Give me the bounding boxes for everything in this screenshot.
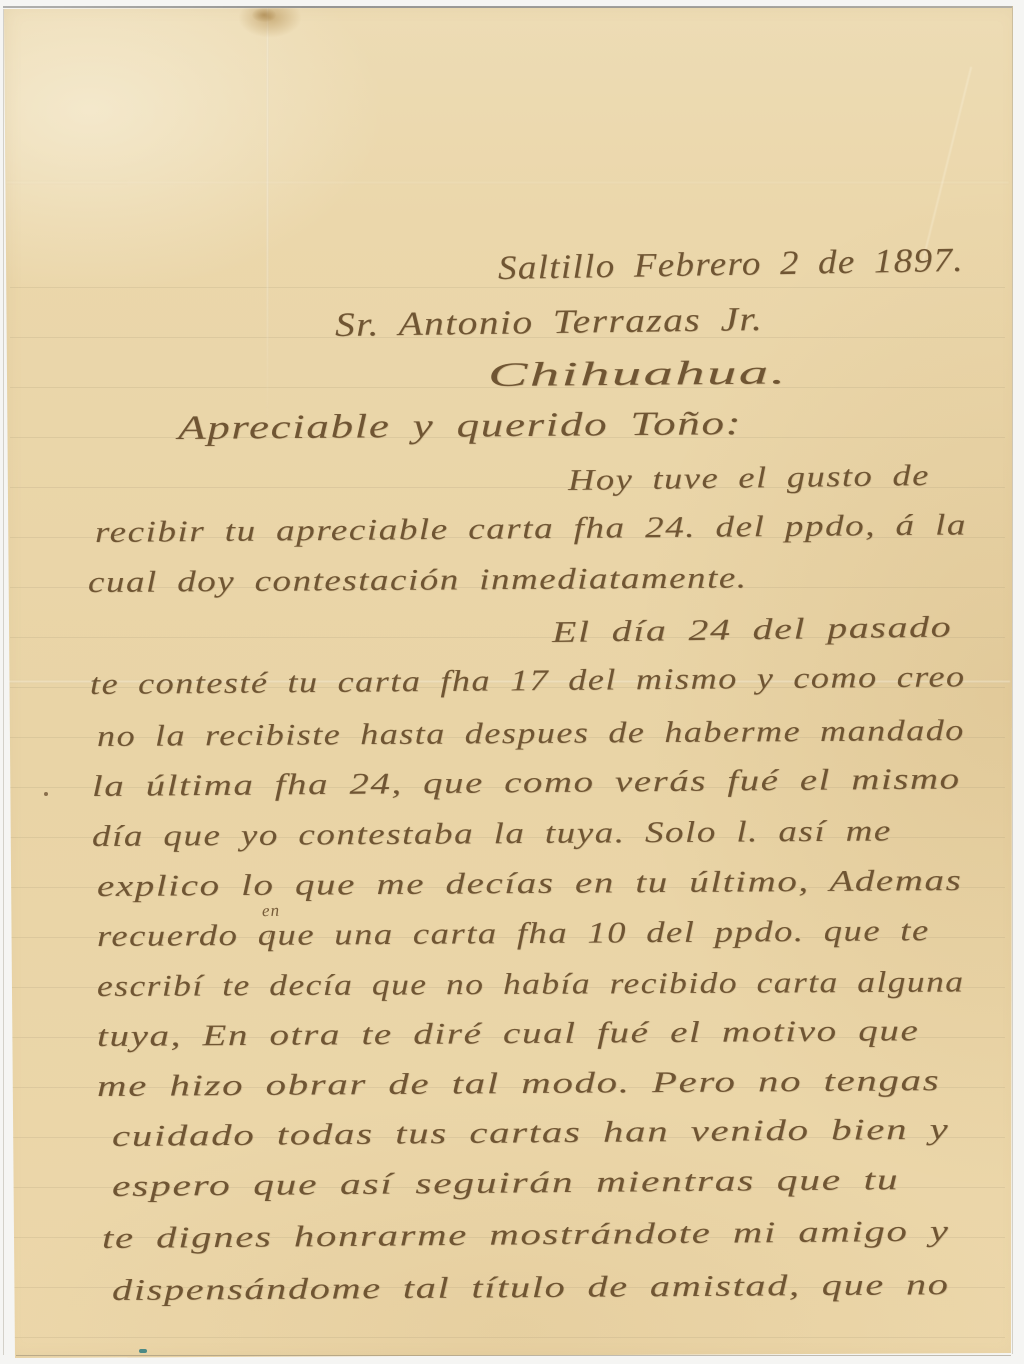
letter-recipient-line: Sr. Antonio Terrazas Jr. [335,301,764,345]
letter-body-line-12: tuya, En otra te diré cual fué el motivo… [97,1014,920,1054]
letter-body-line-10: recuerdo que una carta fha 10 del ppdo. … [97,914,930,954]
letter-body-line-14: cuidado todas tus cartas han venido bien… [112,1113,950,1154]
scan-background: Saltillo Febrero 2 de 1897.Sr. Antonio T… [0,0,1024,1364]
letter-dateline: Saltillo Febrero 2 de 1897. [498,242,965,288]
insertion-caret-mark: ^ [268,928,275,947]
paper-left-edge [3,9,4,1355]
letter-body-line-1: Hoy tuve el gusto de [568,459,930,498]
letter-body-line-16: te dignes honrarme mostrándote mi amigo … [102,1215,950,1256]
letter-body-line-5: te contesté tu carta fha 17 del mismo y … [90,660,966,702]
letter-body-line-13: me hizo obrar de tal modo. Pero no tenga… [97,1064,940,1104]
paper-top-edge [3,6,1012,8]
paper-right-edge [1012,6,1013,1354]
letter-body-line-6: no la recibiste hasta despues de haberme… [97,714,965,754]
paper-bottom-edge [16,1355,1011,1356]
letter-body-line-7: la última fha 24, que como verás fué el … [92,762,961,804]
letter-paper: Saltillo Febrero 2 de 1897.Sr. Antonio T… [0,0,1024,1364]
letter-body-line-9: explico lo que me decías en tu último, A… [97,864,963,904]
letter-body-line-15: espero que así seguirán mientras que tu [112,1163,900,1204]
letter-body-line-2: recibir tu apreciable carta fha 24. del … [95,508,967,550]
letter-body-line-4: El día 24 del pasado [552,610,953,650]
handwriting-layer: Saltillo Febrero 2 de 1897.Sr. Antonio T… [0,0,1024,1364]
letter-recipient-city-line: Chihuahua. [488,354,788,395]
letter-body-line-11: escribí te decía que no había recibido c… [97,965,965,1004]
letter-body-line-3: cual doy contestación inmediatamente. [88,561,748,600]
letter-salutation-line: Apreciable y querido Toño: [178,405,743,448]
letter-body-line-17: dispensándome tal título de amistad, que… [112,1268,950,1308]
letter-body-line-8: día que yo contestaba la tuya. Solo l. a… [92,814,892,854]
interlinear-insertion: en [262,901,281,922]
